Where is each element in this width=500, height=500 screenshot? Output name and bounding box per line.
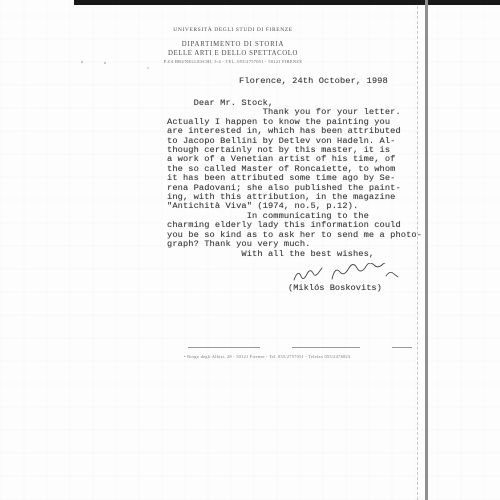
scanned-letter-photo: UNIVERSITÀ DEGLI STUDI DI FIRENZE DIPART… [0, 0, 500, 500]
dateline: Florence, 24th October, 1998 [239, 76, 388, 86]
letterhead-department-line1: DIPARTIMENTO DI STORIA [74, 41, 392, 48]
letterhead-department-line2: DELLE ARTI E DELLO SPETTACOLO [74, 50, 392, 57]
footer-rule-segment [188, 347, 260, 348]
footer-address-line: • Borgo degli Albizi, 28 - 50121 Firenze… [184, 354, 350, 359]
letter-body: Dear Mr. Stock, Thank you for your lette… [167, 99, 412, 259]
typed-signature-name: (Miklós Boskovits) [288, 283, 382, 293]
letterhead-university-line: UNIVERSITÀ DEGLI STUDI DI FIRENZE [74, 27, 392, 33]
letter-paper: UNIVERSITÀ DEGLI STUDI DI FIRENZE DIPART… [74, 5, 425, 500]
footer-rule-segment [392, 347, 412, 348]
scan-edge-right-bar [425, 0, 428, 500]
letter-body-line: With all the best wishes, [167, 250, 412, 259]
letterhead-address-line: P.ZA BRUNELLESCHI, 3-4 - TEL. 055/275705… [74, 59, 392, 64]
footer-rule-segment [292, 347, 360, 348]
